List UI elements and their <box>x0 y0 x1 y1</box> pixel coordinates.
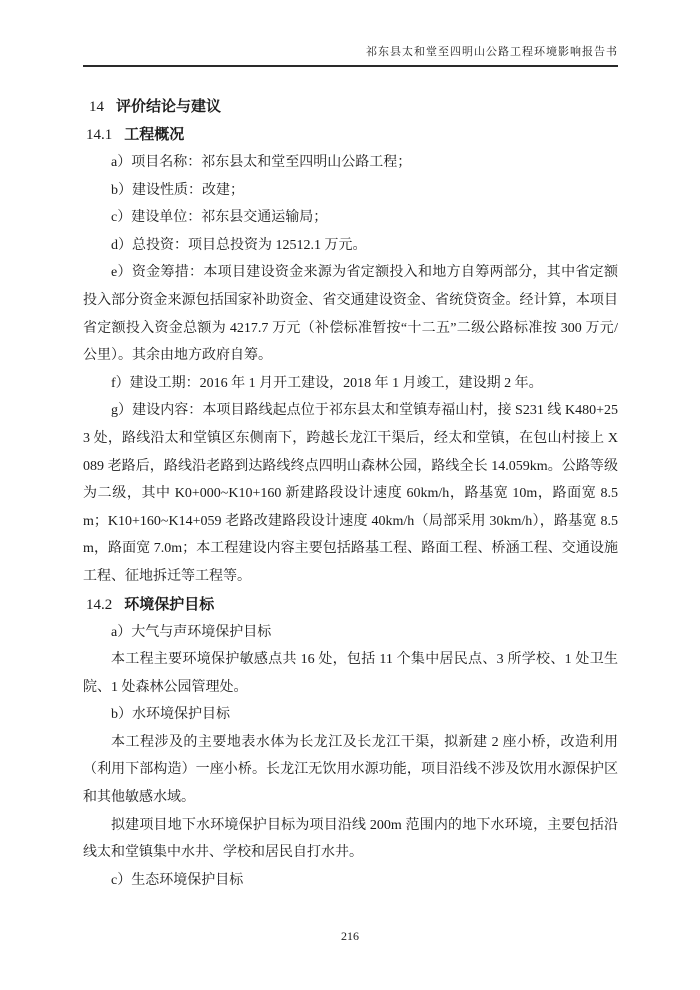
paragraph-groundwater: 拟建项目地下水环境保护目标为项目沿线 200m 范围内的地下水环境，主要包括沿线… <box>83 812 618 867</box>
page-header: 祁东县太和堂至四明山公路工程环境影响报告书 <box>83 45 618 67</box>
section-142-heading: 14.2环境保护目标 <box>86 591 618 619</box>
subitem-a-air-noise: a）大气与声环境保护目标 <box>83 619 618 647</box>
list-item-b: b）建设性质：改建； <box>83 177 618 205</box>
subitem-b-water: b）水环境保护目标 <box>83 701 618 729</box>
list-item-c: c）建设单位：祁东县交通运输局； <box>83 204 618 232</box>
page-number: 216 <box>0 928 700 944</box>
list-item-e: e）资金筹措：本项目建设资金来源为省定额投入和地方自筹两部分，其中省定额投入部分… <box>83 259 618 369</box>
chapter-title: 评价结论与建议 <box>116 98 221 115</box>
header-title: 祁东县太和堂至四明山公路工程环境影响报告书 <box>366 46 618 58</box>
section-142-body: a）大气与声环境保护目标 本工程主要环境保护敏感点共 16 处，包括 11 个集… <box>83 619 618 895</box>
chapter-heading: 14评价结论与建议 <box>89 93 618 121</box>
list-item-d: d）总投资：项目总投资为 12512.1 万元。 <box>83 232 618 260</box>
list-item-f: f）建设工期：2016 年 1 月开工建设，2018 年 1 月竣工，建设期 2… <box>83 370 618 398</box>
section-142-title: 环境保护目标 <box>124 596 214 613</box>
list-item-g: g）建设内容：本项目路线起点位于祁东县太和堂镇寿福山村，接 S231 线 K48… <box>83 397 618 590</box>
document-page: 祁东县太和堂至四明山公路工程环境影响报告书 14评价结论与建议 14.1工程概况… <box>0 0 700 990</box>
chapter-number: 14 <box>89 99 104 115</box>
section-141-number: 14.1 <box>86 127 112 143</box>
section-141-heading: 14.1工程概况 <box>86 121 618 149</box>
section-142-number: 14.2 <box>86 597 112 613</box>
section-141-title: 工程概况 <box>124 126 184 143</box>
paragraph-sensitive-points: 本工程主要环境保护敏感点共 16 处，包括 11 个集中居民点、3 所学校、1 … <box>83 646 618 701</box>
section-141-body: a）项目名称：祁东县太和堂至四明山公路工程； b）建设性质：改建； c）建设单位… <box>83 149 618 591</box>
list-item-a: a）项目名称：祁东县太和堂至四明山公路工程； <box>83 149 618 177</box>
paragraph-surface-water: 本工程涉及的主要地表水体为长龙江及长龙江干渠，拟新建 2 座小桥，改造利用（利用… <box>83 729 618 812</box>
subitem-c-ecology: c）生态环境保护目标 <box>83 867 618 895</box>
